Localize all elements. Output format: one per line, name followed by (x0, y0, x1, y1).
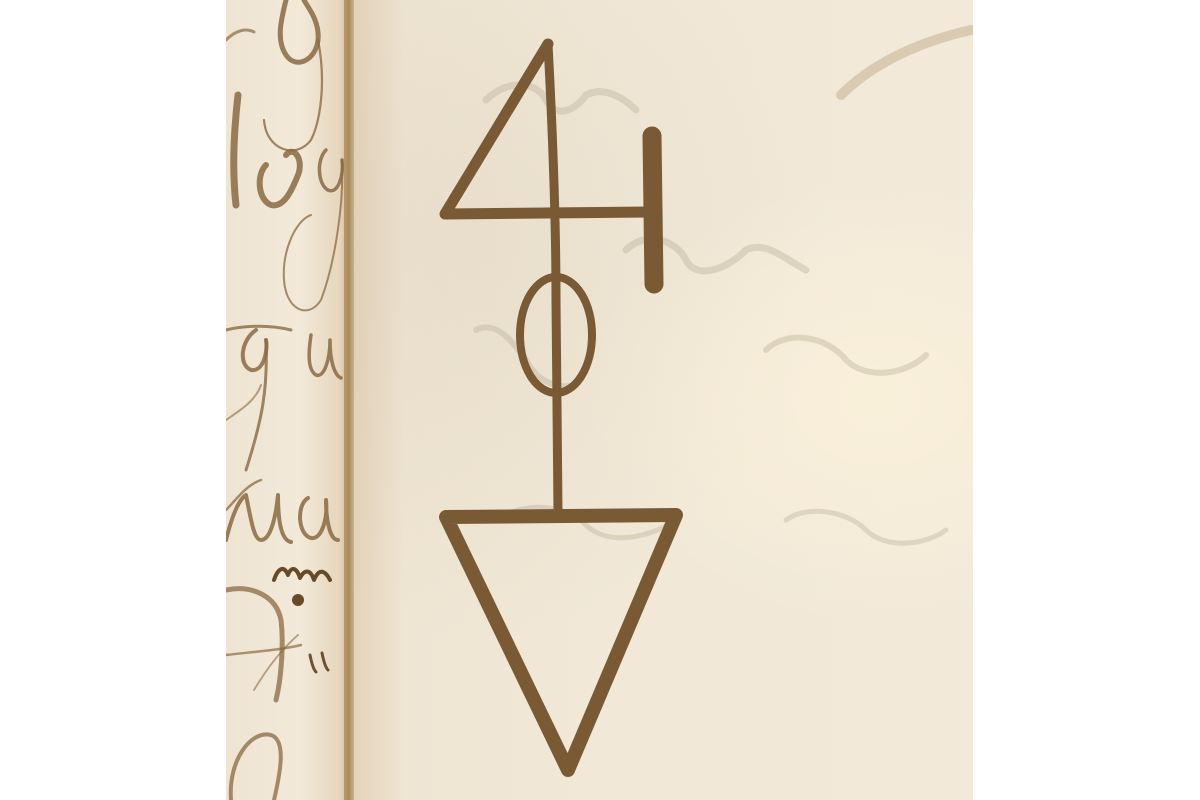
manuscript-photo (226, 0, 973, 800)
lower-triangle (446, 515, 676, 770)
crossbar-post (652, 136, 654, 284)
alchemical-symbol (226, 0, 973, 800)
